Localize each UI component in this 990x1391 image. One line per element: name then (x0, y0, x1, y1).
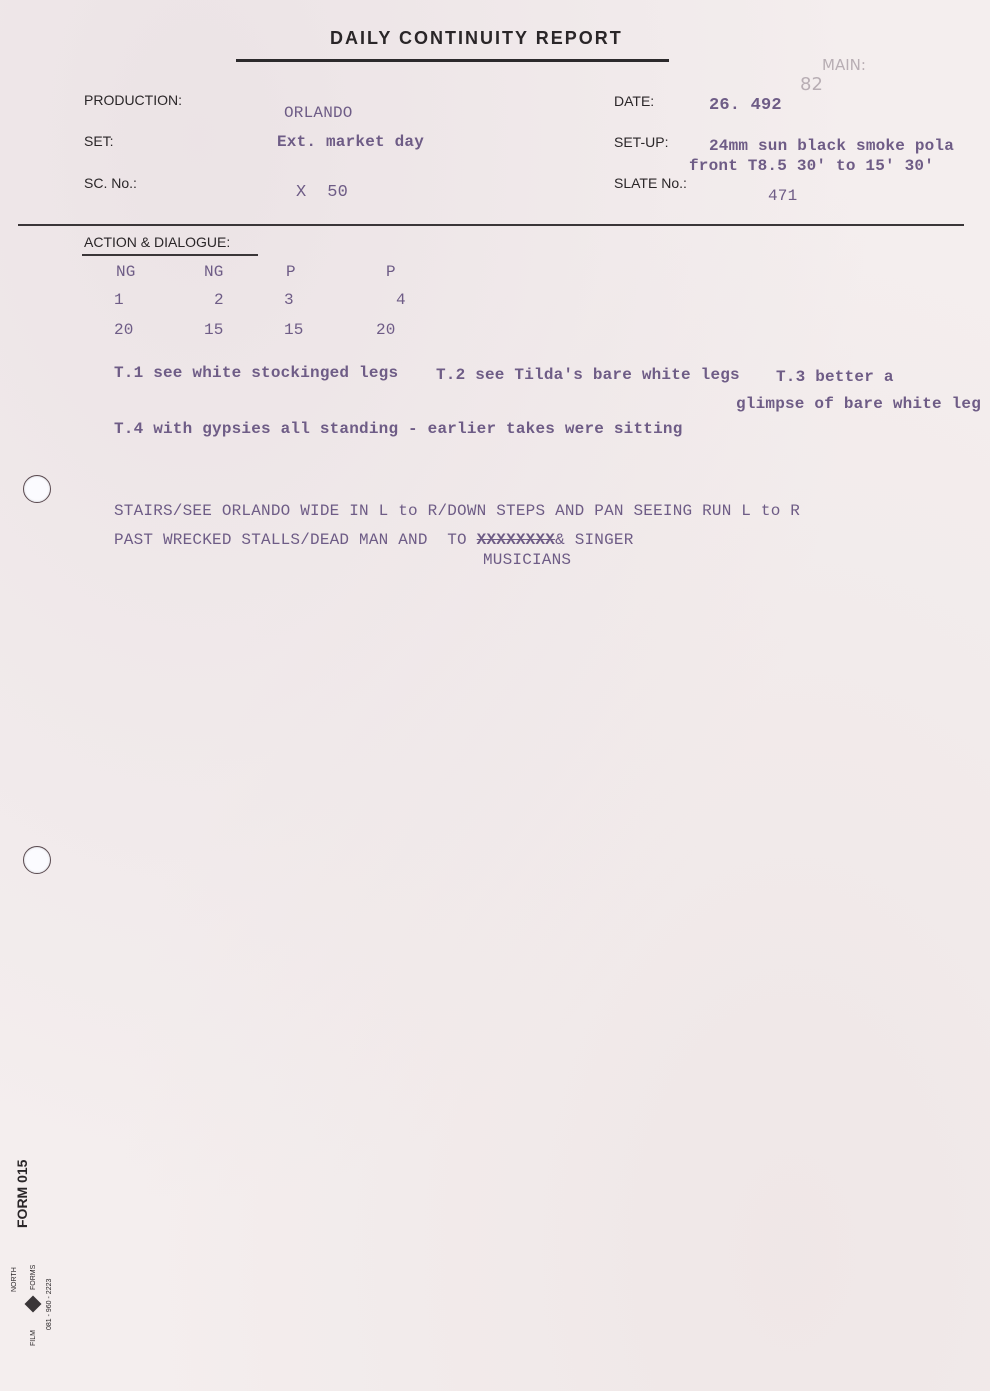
pencil-number: 82 (800, 74, 823, 95)
set-up-label: SET-UP: (614, 134, 668, 150)
slate-no-label: SLATE No.: (614, 175, 687, 191)
publisher-film: FILM (30, 1330, 37, 1346)
section-divider (18, 224, 964, 226)
set-value: Ext. market day (277, 133, 424, 151)
binder-hole (23, 475, 51, 503)
set-up-value-line2: front T8.5 30' to 15' 30' (689, 157, 934, 175)
action-line-1: STAIRS/SEE ORLANDO WIDE IN L to R/DOWN S… (114, 502, 800, 520)
take-duration: 15 (204, 321, 224, 339)
publisher-forms: FORMS (30, 1265, 37, 1290)
action-line-2-text: PAST WRECKED STALLS/DEAD MAN AND TO (114, 531, 477, 549)
take-number: 4 (396, 291, 406, 309)
take-number: 2 (214, 291, 224, 309)
note-take-3b: glimpse of bare white leg (736, 395, 981, 413)
action-line-2: PAST WRECKED STALLS/DEAD MAN AND TO XXXX… (114, 531, 634, 549)
publisher-north: NORTH (11, 1267, 18, 1292)
take-status: P (286, 263, 296, 281)
take-duration: 15 (284, 321, 304, 339)
sc-no-label: SC. No.: (84, 175, 137, 191)
report-page: DAILY CONTINUITY REPORT MAIN: 82 PRODUCT… (0, 0, 990, 1391)
note-take-1: T.1 see white stockinged legs (114, 364, 398, 382)
take-duration: 20 (114, 321, 134, 339)
note-take-3a: T.3 better a (776, 368, 894, 386)
set-label: SET: (84, 133, 114, 149)
production-value: ORLANDO (284, 104, 353, 122)
action-line-2-end: & SINGER (555, 531, 633, 549)
action-dialogue-label: ACTION & DIALOGUE: (84, 234, 230, 250)
sc-no-value: X 50 (296, 183, 348, 202)
set-up-value-line1: 24mm sun black smoke pola (709, 137, 954, 155)
take-duration: 20 (376, 321, 396, 339)
slate-no-value: 471 (768, 187, 797, 205)
take-status: NG (116, 263, 136, 281)
publisher-phone: 081 - 960 - 2223 (46, 1279, 53, 1330)
date-label: DATE: (614, 93, 654, 109)
struck-out-text: XXXXXXXX (477, 531, 555, 549)
take-status: NG (204, 263, 224, 281)
title-underline (236, 59, 669, 62)
action-dialogue-underline (82, 254, 258, 256)
production-label: PRODUCTION: (84, 92, 182, 108)
report-title: DAILY CONTINUITY REPORT (330, 28, 623, 49)
note-take-2: T.2 see Tilda's bare white legs (436, 366, 740, 384)
take-number: 3 (284, 291, 294, 309)
take-number: 1 (114, 291, 124, 309)
form-number: FORM 015 (14, 1160, 30, 1228)
action-line-3: MUSICIANS (483, 551, 571, 569)
binder-hole (23, 846, 51, 874)
compass-logo-icon (25, 1296, 42, 1313)
take-status: P (386, 263, 396, 281)
date-value: 26. 492 (709, 96, 782, 115)
pencil-note: MAIN: (822, 56, 866, 74)
note-take-4: T.4 with gypsies all standing - earlier … (114, 420, 683, 438)
